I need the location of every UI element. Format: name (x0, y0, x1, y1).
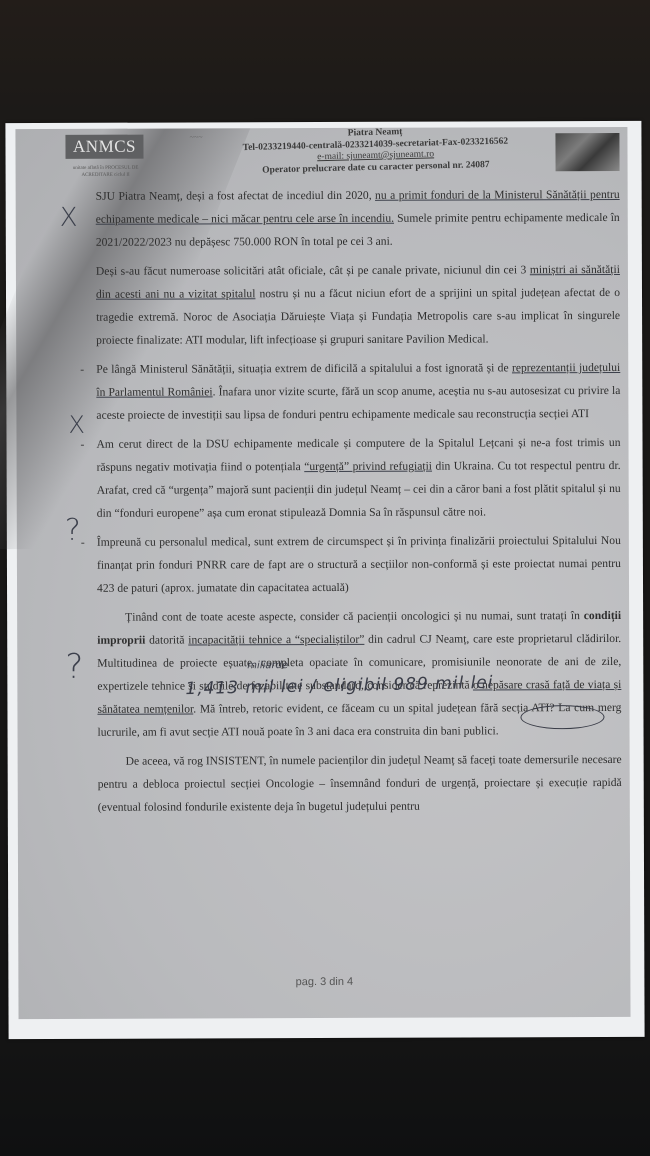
text-run: incapacității tehnice a “specialiștilor” (188, 633, 364, 647)
paragraph: De aceea, vă rog INSISTENT, în numele pa… (98, 748, 622, 819)
logo-subtitle: unitate aflată în PROCESUL DE ACREDITARE… (64, 165, 148, 179)
text-run: Ținând cont de toate aceste aspecte, con… (125, 609, 584, 624)
paragraph: Deși s-au făcut numeroase solicitări atâ… (96, 258, 620, 352)
text-run: “urgență” privind refugiații (304, 460, 432, 473)
paragraph: -Pe lângă Ministerul Sănătății, situația… (96, 356, 620, 427)
anmcs-logo: ANMCS (65, 135, 143, 159)
document-page: ANMCS unitate aflată în PROCESUL DE ACRE… (5, 121, 644, 1039)
text-run: datorită (145, 633, 188, 646)
paragraph: -Împreună cu personalul medical, sunt ex… (97, 529, 621, 600)
bullet-dash: - (80, 358, 84, 381)
paragraph: SJU Piatra Neamț, deși a fost afectat de… (96, 183, 620, 254)
margin-question-mark-icon: ? (65, 513, 81, 548)
bullet-dash: - (81, 531, 85, 554)
text-run: Împreună cu personalul medical, sunt ext… (97, 534, 621, 595)
margin-x-mark-icon: X (60, 203, 78, 233)
handwritten-superscript: miliarde (247, 660, 288, 671)
text-run: Deși s-au făcut numeroase solicitări atâ… (96, 263, 530, 278)
printed-area: ANMCS unitate aflată în PROCESUL DE ACRE… (15, 127, 630, 1019)
text-run: De aceea, vă rog INSISTENT, în numele pa… (98, 753, 622, 814)
letterhead: Piatra Neamț Tel-0233219440-centrală-023… (185, 123, 566, 178)
page-number: pag. 3 din 4 (18, 975, 630, 989)
hospital-photo (555, 133, 619, 171)
letter-body: SJU Piatra Neamț, deși a fost afectat de… (96, 183, 622, 825)
text-run: SJU Piatra Neamț, deși a fost afectat de… (96, 189, 375, 203)
paragraph: -Am cerut direct de la DSU echipamente m… (96, 431, 620, 525)
text-run: Pe lângă Ministerul Sănătății, situația … (96, 361, 512, 375)
margin-question-mark-icon: ? (65, 647, 83, 687)
margin-x-mark-icon: X (68, 411, 85, 439)
